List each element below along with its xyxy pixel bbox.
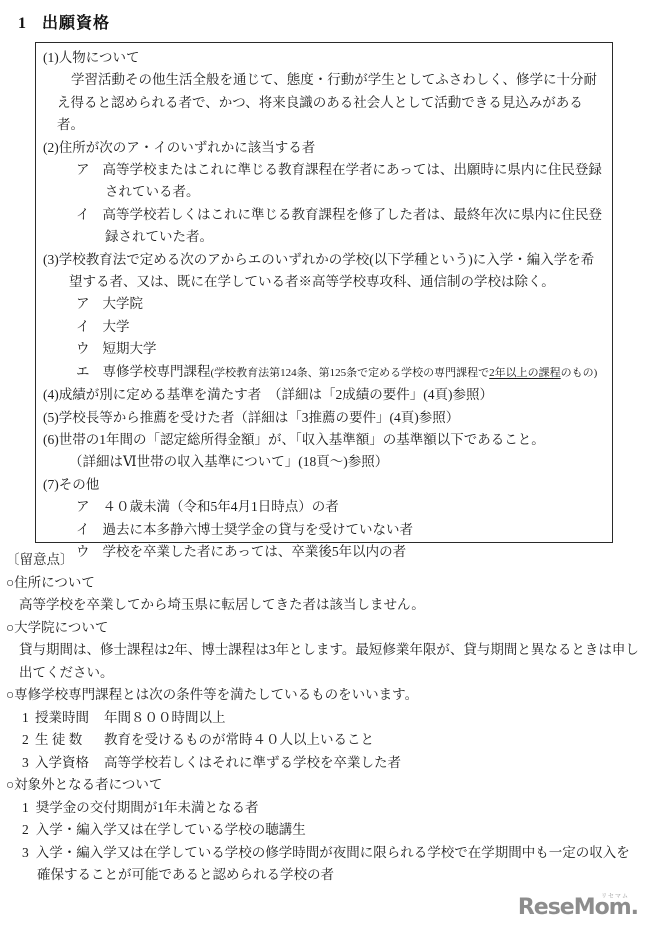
excluded-row-1: 1奨学金の交付期間が1年未満となる者 — [6, 797, 642, 820]
item-4-title: 成績が別に定める基準を満たす者 （詳細は「2成績の要件」(4頁)参照） — [59, 387, 493, 402]
item-6-title: 世帯の1年間の「認定総所得金額」が、「収入基準額」の基準額以下であること。 — [59, 432, 545, 447]
item-1: (1)人物について — [43, 47, 604, 69]
row-number: 1 — [22, 707, 35, 730]
item-7: (7)その他 — [43, 474, 604, 496]
sub-text: 大学院 — [103, 296, 144, 311]
legal-note-prefix: (学校教育法第124条、第125条で定める学校の専門課程で — [211, 367, 490, 379]
sub-label: イ — [76, 522, 90, 537]
notes-section: 〔留意点〕 ○住所について 高等学校を卒業してから埼玉県に転居してきた者は該当し… — [6, 549, 642, 887]
sub-label: エ — [76, 364, 90, 379]
item-2-number: (2) — [43, 140, 59, 155]
note-graduate-title: ○大学院について — [6, 617, 642, 640]
item-3-sub-u: ウ短期大学 — [43, 338, 604, 360]
row-label: 授業時間 — [35, 707, 91, 730]
eligibility-box: (1)人物について 学習活動その他生活全般を通じて、態度・行動が学生としてふさわ… — [35, 42, 613, 543]
item-7-sub-a: ア４０歳未満（令和5年4月1日時点）の者 — [43, 496, 604, 518]
sub-label: ア — [76, 296, 90, 311]
item-2-sub-a: ア高等学校またはこれに準じる教育課程在学者にあっては、出願時に県内に住民登録され… — [43, 159, 604, 204]
note-vocational-title: ○専修学校専門課程とは次の条件等を満たしているものをいいます。 — [6, 684, 642, 707]
row-number: 3 — [22, 845, 29, 860]
vocational-row-2: 2生 徒 数教育を受けるものが常時４０人以上いること — [6, 729, 642, 752]
item-1-body: 学習活動その他生活全般を通じて、態度・行動が学生としてふさわしく、修学に十分耐え… — [43, 69, 604, 136]
sub-text: 短期大学 — [103, 341, 157, 356]
legal-note: (学校教育法第124条、第125条で定める学校の専門課程で2年以上の課程のもの) — [211, 367, 598, 379]
item-1-number: (1) — [43, 50, 59, 65]
row-number: 3 — [22, 752, 35, 775]
row-text: 奨学金の交付期間が1年未満となる者 — [36, 800, 259, 815]
item-2-sub-i: イ高等学校若しくはこれに準じる教育課程を修了した者は、最終年次に県内に住民登録さ… — [43, 204, 604, 249]
note-excluded-title: ○対象外となる者について — [6, 774, 642, 797]
row-number: 1 — [22, 800, 29, 815]
item-6: (6)世帯の1年間の「認定総所得金額」が、「収入基準額」の基準額以下であること。 — [43, 429, 604, 451]
item-3-number: (3) — [43, 252, 59, 267]
row-number: 2 — [22, 729, 35, 752]
item-4: (4)成績が別に定める基準を満たす者 （詳細は「2成績の要件」(4頁)参照） — [43, 384, 604, 406]
vocational-row-3: 3入学資格高等学校若しくはそれに準ずる学校を卒業した者 — [6, 752, 642, 775]
item-6-number: (6) — [43, 432, 59, 447]
sub-text: ４０歳未満（令和5年4月1日時点）の者 — [103, 499, 339, 514]
legal-note-suffix: のもの) — [561, 367, 598, 379]
row-text: 入学・編入学又は在学している学校の修学時間が夜間に限られる学校で在学期間中も一定… — [36, 845, 630, 883]
vocational-row-1: 1授業時間年間８００時間以上 — [6, 707, 642, 730]
sub-label: ウ — [76, 341, 90, 356]
section-number: 1 — [18, 15, 26, 32]
row-text: 入学・編入学又は在学している学校の聴講生 — [36, 822, 306, 837]
item-5-number: (5) — [43, 410, 59, 425]
sub-text: 大学 — [103, 319, 130, 334]
item-5-title: 学校長等から推薦を受けた者（詳細は「3推薦の要件」(4頁)参照） — [59, 410, 460, 425]
resemom-logo: リセマム ReseMom. — [518, 895, 638, 920]
section-title: 出願資格 — [42, 15, 110, 32]
excluded-row-3: 3入学・編入学又は在学している学校の修学時間が夜間に限られる学校で在学期間中も一… — [6, 842, 642, 887]
item-7-title: その他 — [59, 477, 100, 492]
sub-text: 過去に本多静六博士奨学金の貸与を受けていない者 — [103, 522, 414, 537]
sub-label: イ — [76, 207, 90, 222]
page-title: 1出願資格 — [18, 10, 110, 33]
resemom-logo-ruby: リセマム — [601, 891, 629, 900]
sub-text: 高等学校またはこれに準じる教育課程在学者にあっては、出願時に県内に住民登録されて… — [103, 162, 602, 199]
row-label: 生 徒 数 — [35, 729, 91, 752]
row-number: 2 — [22, 822, 29, 837]
document-page: 1出願資格 (1)人物について 学習活動その他生活全般を通じて、態度・行動が学生… — [0, 0, 648, 935]
row-text: 高等学校若しくはそれに準ずる学校を卒業した者 — [104, 755, 401, 770]
row-text: 教育を受けるものが常時４０人以上いること — [104, 732, 374, 747]
item-5: (5)学校長等から推薦を受けた者（詳細は「3推薦の要件」(4頁)参照） — [43, 407, 604, 429]
item-3: (3)学校教育法で定める次のアからエのいずれかの学校(以下学種という)に入学・編… — [43, 249, 604, 294]
item-7-number: (7) — [43, 477, 59, 492]
excluded-row-2: 2入学・編入学又は在学している学校の聴講生 — [6, 819, 642, 842]
row-label: 入学資格 — [35, 752, 91, 775]
legal-note-underlined: 2年以上の課程 — [489, 367, 561, 379]
item-3-title: 学校教育法で定める次のアからエのいずれかの学校(以下学種という)に入学・編入学を… — [59, 252, 595, 289]
sub-label: ア — [76, 499, 90, 514]
notes-heading: 〔留意点〕 — [6, 549, 642, 572]
item-3-sub-i: イ大学 — [43, 316, 604, 338]
sub-label: ア — [76, 162, 90, 177]
note-graduate-body: 貸与期間は、修士課程は2年、博士課程は3年とします。最短修業年限が、貸与期間と異… — [6, 639, 642, 684]
sub-label: イ — [76, 319, 90, 334]
note-address-body: 高等学校を卒業してから埼玉県に転居してきた者は該当しません。 — [6, 594, 642, 617]
sub-text: 専修学校専門課程 — [103, 364, 211, 379]
item-4-number: (4) — [43, 387, 59, 402]
item-3-sub-a: ア大学院 — [43, 293, 604, 315]
sub-text: 高等学校若しくはこれに準じる教育課程を修了した者は、最終年次に県内に住民登録され… — [103, 207, 603, 244]
row-text: 年間８００時間以上 — [104, 710, 226, 725]
item-2: (2)住所が次のア・イのいずれかに該当する者 — [43, 137, 604, 159]
item-7-sub-i: イ過去に本多静六博士奨学金の貸与を受けていない者 — [43, 519, 604, 541]
item-6-detail: （詳細はⅥ世帯の収入基準について」(18頁～)参照） — [43, 451, 604, 473]
note-address-title: ○住所について — [6, 572, 642, 595]
item-3-sub-e: エ専修学校専門課程(学校教育法第124条、第125条で定める学校の専門課程で2年… — [43, 361, 604, 384]
item-1-title: 人物について — [59, 50, 140, 65]
item-2-title: 住所が次のア・イのいずれかに該当する者 — [59, 140, 316, 155]
